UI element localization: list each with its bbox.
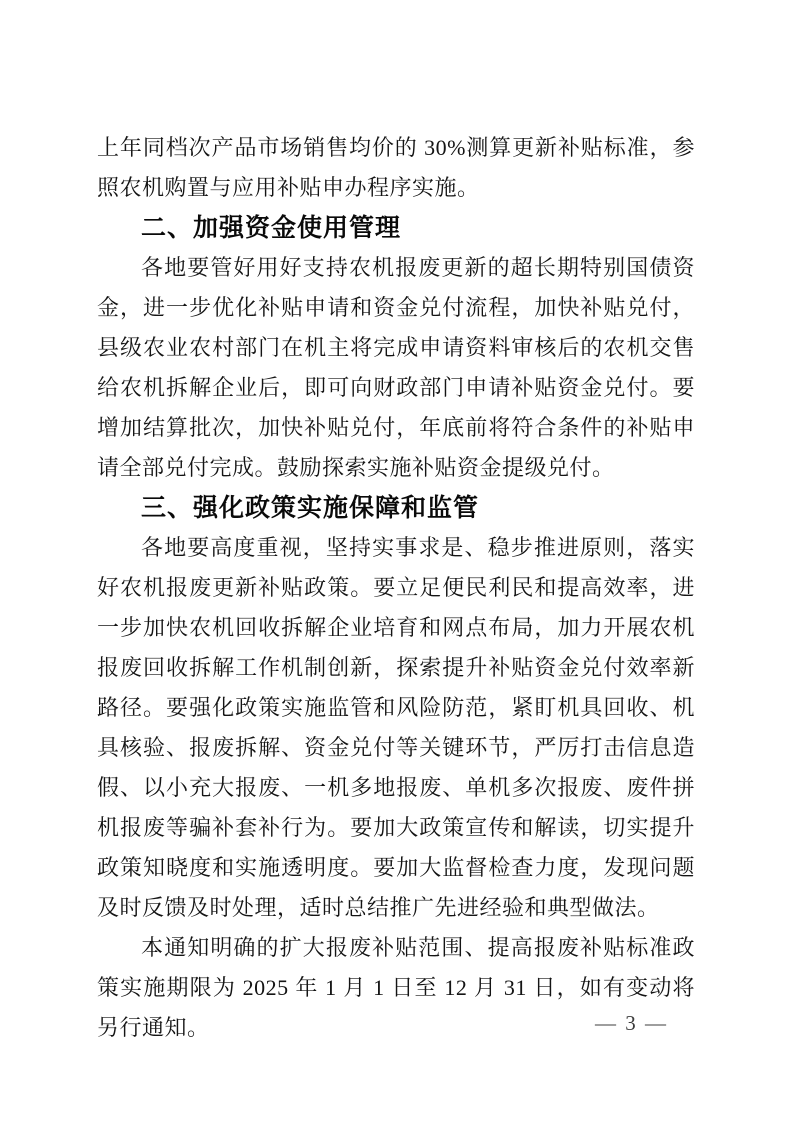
- paragraph-policy-supervision: 各地要高度重视，坚持实事求是、稳步推进原则，落实好农机报废更新补贴政策。要立足便…: [97, 528, 695, 928]
- section-heading-funds-management: 二、加强资金使用管理: [97, 208, 695, 248]
- paragraph-funds-management: 各地要管好用好支持农机报废更新的超长期特别国债资金，进一步优化补贴申请和资金兑付…: [97, 248, 695, 488]
- document-body: 上年同档次产品市场销售均价的 30%测算更新补贴标准，参照农机购置与应用补贴申办…: [97, 128, 695, 1048]
- section-heading-policy-supervision: 三、强化政策实施保障和监管: [97, 488, 695, 528]
- page-number: — 3 —: [595, 1010, 668, 1036]
- paragraph-continuation: 上年同档次产品市场销售均价的 30%测算更新补贴标准，参照农机购置与应用补贴申办…: [97, 128, 695, 208]
- document-page: 上年同档次产品市场销售均价的 30%测算更新补贴标准，参照农机购置与应用补贴申办…: [0, 0, 794, 1122]
